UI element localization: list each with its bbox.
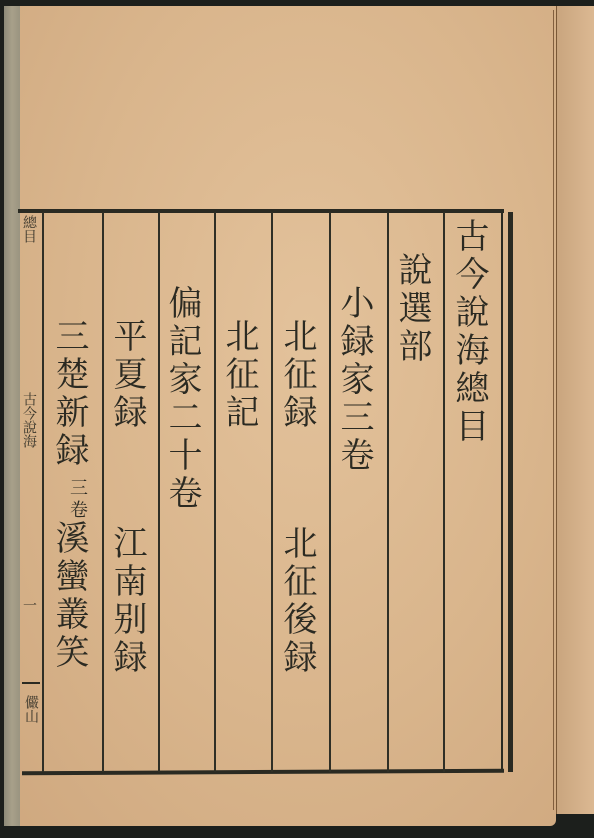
frame-right-inner-border [501,212,503,772]
frame-top-border [18,209,504,213]
category-heading: 小録家三卷 [337,285,371,475]
toc-entry: 北征記 [222,318,256,432]
toc-entry: 平夏録 [110,318,144,432]
margin-spine-title: 總目 [22,215,36,243]
publisher-mark: 儼山 [24,695,38,723]
margin-book-title: 古今說海 [22,392,36,448]
toc-entry: 北征録 [280,318,314,432]
book-spine [4,6,20,826]
toc-entry: 北征後録 [280,525,314,677]
section-heading: 說選部 [395,252,429,366]
column-divider [443,212,445,772]
adjacent-page-edge [556,6,594,814]
column-divider [214,212,216,772]
margin-page-number: 一 [22,598,36,612]
column-divider [158,212,160,772]
column-divider [387,212,389,772]
column-divider [102,212,104,772]
column-divider [329,212,331,772]
column-divider [42,212,44,772]
toc-entry: 三楚新録 [52,318,86,470]
volume-note: 三卷 [68,478,86,522]
toc-entry: 溪蠻叢笑 [52,520,86,672]
category-heading: 偏記家二十卷 [165,285,199,513]
toc-entry: 江南别録 [110,525,144,677]
frame-right-border [508,212,513,772]
toc-title: 古今說海總目 [452,218,486,446]
page-fold-line [553,10,554,810]
column-divider [271,212,273,772]
